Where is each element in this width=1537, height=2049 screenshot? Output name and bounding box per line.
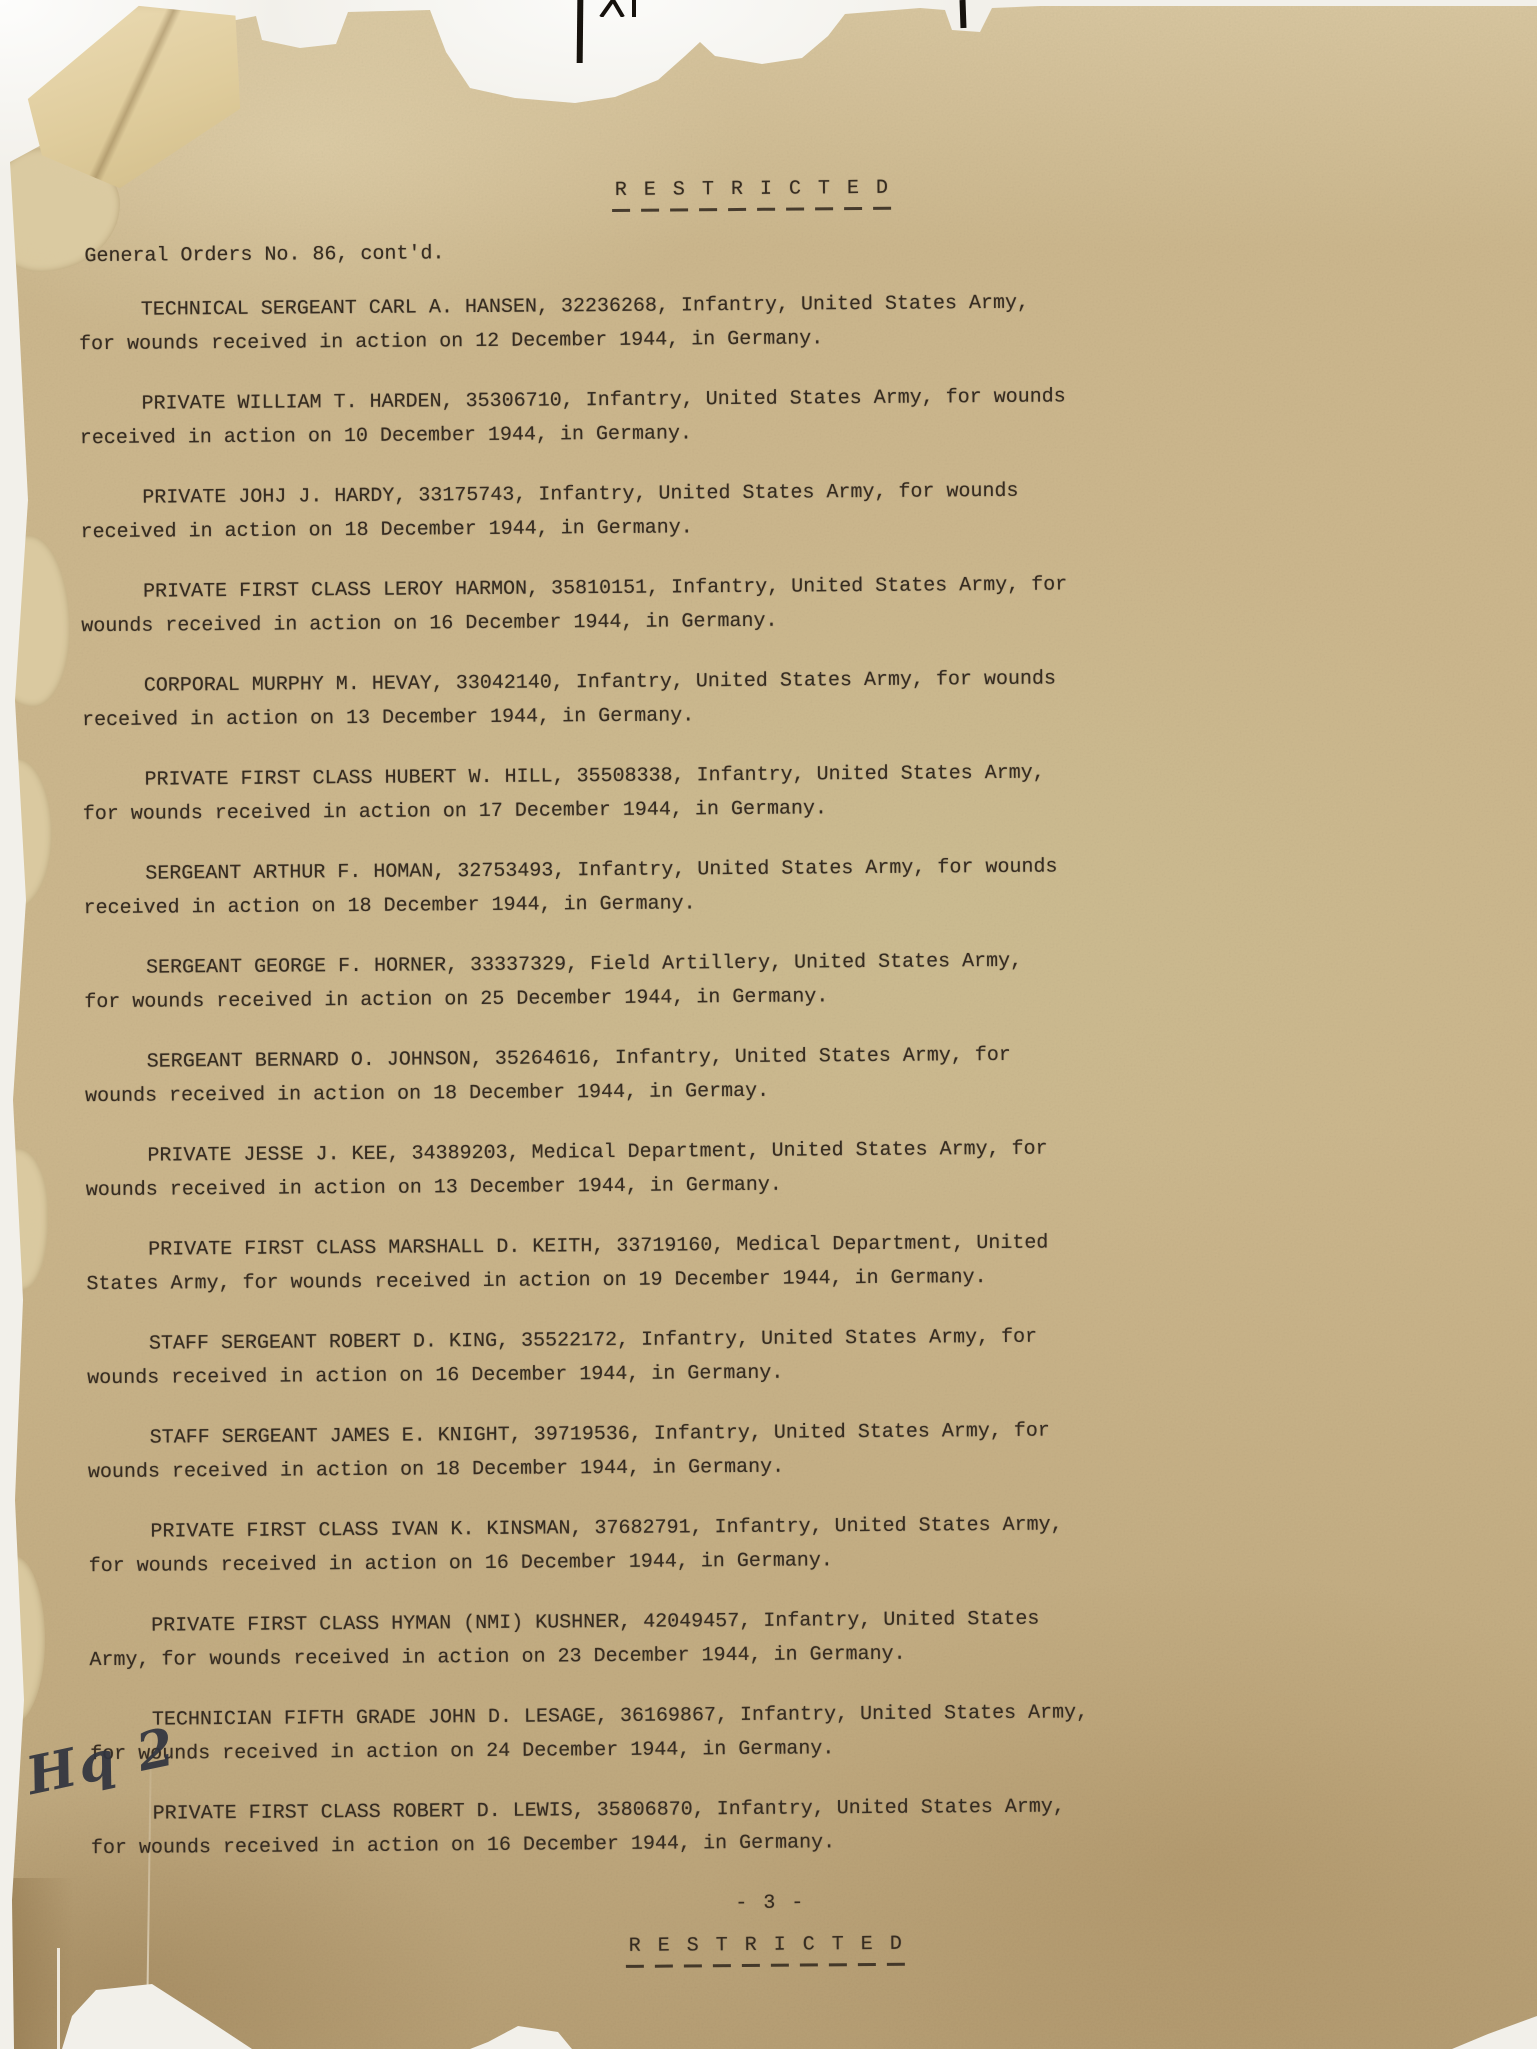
entry-line-2: for wounds received in action on 25 Dece…	[84, 985, 828, 1014]
entry-line-2: for wounds received in action on 24 Dece…	[90, 1737, 834, 1766]
order-entry: SERGEANT GEORGE F. HORNER, 33337329, Fie…	[6, 941, 1537, 1021]
entry-line-2: received in action on 18 December 1944, …	[83, 892, 695, 920]
classification-header: RESTRICTED	[0, 167, 1514, 217]
entry-line-2: for wounds received in action on 16 Dece…	[91, 1831, 835, 1860]
entry-line-1: SERGEANT ARTHUR F. HOMAN, 32753493, Infa…	[145, 856, 1057, 886]
entry-line-2: wounds received in action on 18 December…	[88, 1456, 784, 1484]
entry-line-2: wounds received in action on 13 December…	[86, 1174, 782, 1202]
entry-line-1: PRIVATE WILLIAM T. HARDEN, 35306710, Inf…	[142, 385, 1066, 415]
classification-footer: RESTRICTED	[14, 1923, 1528, 1973]
entry-line-1: PRIVATE FIRST CLASS IVAN K. KINSMAN, 376…	[150, 1513, 1062, 1543]
bleed-through-mark	[960, 0, 967, 28]
order-entries: TECHNICAL SERGEANT CARL A. HANSEN, 32236…	[1, 283, 1537, 1867]
order-entry: STAFF SERGEANT ROBERT D. KING, 35522172,…	[9, 1317, 1537, 1397]
entry-line-2: received in action on 13 December 1944, …	[82, 704, 694, 732]
order-entry: PRIVATE WILLIAM T. HARDEN, 35306710, Inf…	[1, 377, 1537, 457]
order-entry: SERGEANT ARTHUR F. HOMAN, 32753493, Infa…	[5, 847, 1537, 927]
entry-line-1: TECHNICAL SERGEANT CARL A. HANSEN, 32236…	[141, 292, 1029, 322]
entry-line-2: wounds received in action on 16 December…	[81, 610, 777, 638]
order-entry: STAFF SERGEANT JAMES E. KNIGHT, 39719536…	[10, 1411, 1537, 1491]
entry-line-2: for wounds received in action on 16 Dece…	[89, 1549, 833, 1578]
entry-line-1: STAFF SERGEANT JAMES E. KNIGHT, 39719536…	[150, 1420, 1050, 1450]
order-entry: PRIVATE FIRST CLASS MARSHALL D. KEITH, 3…	[8, 1223, 1537, 1303]
entry-line-2: received in action on 10 December 1944, …	[80, 422, 692, 450]
order-entry: TECHNICAL SERGEANT CARL A. HANSEN, 32236…	[1, 283, 1537, 363]
entry-line-2: States Army, for wounds received in acti…	[86, 1266, 986, 1296]
bleed-through-letters	[598, 0, 648, 17]
order-entry: PRIVATE JOHJ J. HARDY, 33175743, Infantr…	[2, 471, 1537, 551]
entry-line-1: SERGEANT GEORGE F. HORNER, 33337329, Fie…	[146, 950, 1022, 980]
entry-line-1: PRIVATE FIRST CLASS MARSHALL D. KEITH, 3…	[148, 1232, 1048, 1262]
entry-line-1: PRIVATE JESSE J. KEE, 34389203, Medical …	[147, 1138, 1047, 1168]
entry-line-1: PRIVATE FIRST CLASS HYMAN (NMI) KUSHNER,…	[151, 1608, 1039, 1638]
document-page: RESTRICTED General Orders No. 86, cont'd…	[0, 0, 1537, 2049]
entry-line-1: PRIVATE JOHJ J. HARDY, 33175743, Infantr…	[142, 480, 1018, 510]
order-entry: CORPORAL MURPHY M. HEVAY, 33042140, Infa…	[4, 659, 1537, 739]
entry-line-2: Army, for wounds received in action on 2…	[89, 1643, 905, 1672]
entry-line-2: wounds received in action on 18 December…	[85, 1080, 769, 1108]
entry-line-2: received in action on 18 December 1944, …	[81, 516, 693, 544]
typewritten-text: RESTRICTED General Orders No. 86, cont'd…	[0, 0, 1537, 2049]
entry-line-1: PRIVATE FIRST CLASS HUBERT W. HILL, 3550…	[144, 762, 1044, 792]
order-entry: PRIVATE FIRST CLASS HYMAN (NMI) KUSHNER,…	[11, 1599, 1537, 1679]
scan-background: RESTRICTED General Orders No. 86, cont'd…	[0, 0, 1537, 2049]
entry-line-1: SERGEANT BERNARD O. JOHNSON, 35264616, I…	[147, 1044, 1011, 1074]
order-entry: PRIVATE FIRST CLASS LEROY HARMON, 358101…	[3, 565, 1537, 645]
order-entry: PRIVATE FIRST CLASS ROBERT D. LEWIS, 358…	[13, 1787, 1537, 1867]
entry-line-1: CORPORAL MURPHY M. HEVAY, 33042140, Infa…	[144, 668, 1056, 698]
order-entry: PRIVATE FIRST CLASS IVAN K. KINSMAN, 376…	[10, 1505, 1537, 1585]
order-entry: TECHNICIAN FIFTH GRADE JOHN D. LESAGE, 3…	[12, 1693, 1537, 1773]
entry-line-1: PRIVATE FIRST CLASS LEROY HARMON, 358101…	[143, 573, 1067, 603]
entry-line-2: for wounds received in action on 17 Dece…	[83, 797, 827, 826]
entry-line-1: PRIVATE FIRST CLASS ROBERT D. LEWIS, 358…	[153, 1795, 1065, 1825]
order-title: General Orders No. 86, cont'd.	[0, 229, 1537, 275]
order-entry: SERGEANT BERNARD O. JOHNSON, 35264616, I…	[7, 1035, 1537, 1115]
page-number: - 3 -	[13, 1881, 1527, 1927]
entry-line-1: TECHNICIAN FIFTH GRADE JOHN D. LESAGE, 3…	[152, 1701, 1088, 1731]
order-entry: PRIVATE FIRST CLASS HUBERT W. HILL, 3550…	[4, 753, 1537, 833]
entry-line-1: STAFF SERGEANT ROBERT D. KING, 35522172,…	[149, 1326, 1037, 1356]
order-entry: PRIVATE JESSE J. KEE, 34389203, Medical …	[7, 1129, 1537, 1209]
entry-line-2: for wounds received in action on 12 Dece…	[79, 327, 823, 356]
bleed-through-mark	[577, 0, 584, 63]
entry-line-2: wounds received in action on 16 December…	[87, 1362, 783, 1390]
